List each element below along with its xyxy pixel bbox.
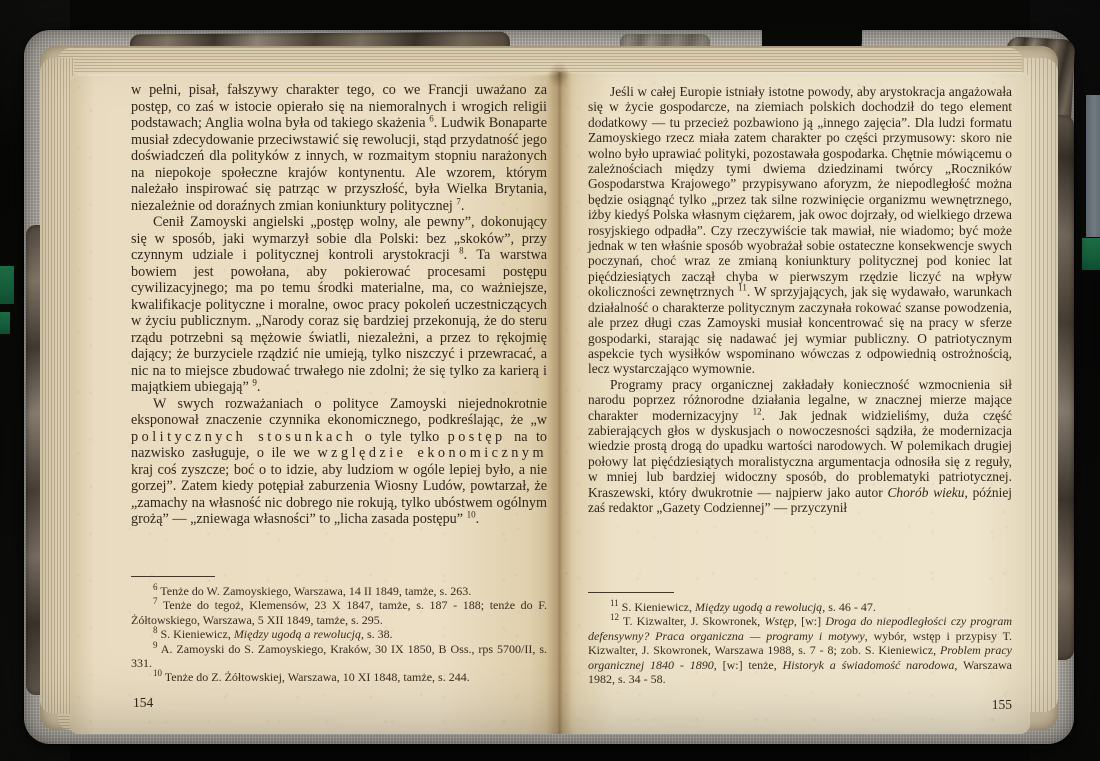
page-edges-left <box>40 58 74 714</box>
text-segment: Jeśli w całej Europie istniały istotne p… <box>588 84 1012 299</box>
text-segment: politycznych stosunkach <box>131 429 356 445</box>
right-page-body-text: Jeśli w całej Europie istniały istotne p… <box>588 84 1012 515</box>
text-segment: , [w:] <box>794 614 825 628</box>
text-segment: . <box>257 379 261 395</box>
text-segment: T. Kizwalter, J. Skowronek, <box>623 614 765 628</box>
blue-gray-accent-right <box>1086 95 1100 237</box>
paragraph: W swych rozważaniach o polityce Zamoyski… <box>131 396 547 528</box>
text-segment: postęp <box>448 429 506 445</box>
text-segment: Między ugodą a rewolucją <box>695 600 822 614</box>
footnote-number: 7 <box>153 596 158 606</box>
footnote-number: 8 <box>153 625 158 635</box>
paragraph: Cenił Zamoyski angielski „postęp wolny, … <box>131 214 547 396</box>
left-page-footnotes: 6 Tenże do W. Zamoyskiego, Warszawa, 14 … <box>131 584 547 685</box>
left-footnote-rule <box>131 576 215 577</box>
paragraph: Programy pracy organicznej zakładały kon… <box>588 377 1012 516</box>
text-segment: Tenże do Z. Żółtowskiej, Warszawa, 10 XI… <box>165 670 470 684</box>
footnote-reference: 12 <box>753 406 762 416</box>
footnote: 12 T. Kizwalter, J. Skowronek, Wstęp, [w… <box>588 614 1012 686</box>
text-segment: , s. 46 - 47. <box>822 600 876 614</box>
book-scan-scene: w pełni, pisał, fałszywy charakter tego,… <box>0 0 1100 761</box>
text-segment: Chorób wieku <box>887 485 964 500</box>
footnote-number: 6 <box>153 582 158 592</box>
footnote: 6 Tenże do W. Zamoyskiego, Warszawa, 14 … <box>131 584 547 598</box>
left-page-body-text: w pełni, pisał, fałszywy charakter tego,… <box>131 82 547 528</box>
footnote: 8 S. Kieniewicz, Między ugodą a rewolucj… <box>131 627 547 641</box>
green-accent-right <box>1082 238 1100 270</box>
footnote-reference: 11 <box>738 283 747 293</box>
text-segment: W swych rozważaniach o polityce Zamoyski… <box>131 396 547 429</box>
right-page-footnotes: 11 S. Kieniewicz, Między ugodą a rewoluc… <box>588 600 1012 686</box>
book-gutter-shadow <box>546 72 572 734</box>
footnote-number: 12 <box>610 612 619 622</box>
left-page-number: 154 <box>133 695 193 711</box>
footnote-number: 9 <box>153 640 158 650</box>
footnote: 11 S. Kieniewicz, Między ugodą a rewoluc… <box>588 600 1012 614</box>
book-gutter-top-shadow <box>548 62 570 88</box>
text-segment: . <box>461 198 465 214</box>
text-segment: , s. 38. <box>361 627 393 641</box>
right-footnote-rule <box>588 592 674 593</box>
text-segment: Wstęp <box>765 614 794 628</box>
footnote: 10 Tenże do Z. Żółtowskiej, Warszawa, 10… <box>131 670 547 684</box>
text-segment: S. Kieniewicz, <box>622 600 695 614</box>
footnote-number: 11 <box>610 598 619 608</box>
text-segment: kraj coś zyszcze; boć o to idzie, aby lu… <box>131 462 547 528</box>
text-segment: Historyk a świadomość narodowa <box>783 658 955 672</box>
paragraph: w pełni, pisał, fałszywy charakter tego,… <box>131 82 547 214</box>
text-segment: S. Kieniewicz, <box>161 627 234 641</box>
text-segment: Tenże do W. Zamoyskiego, Warszawa, 14 II… <box>160 584 471 598</box>
text-segment: . <box>476 511 480 527</box>
text-segment: o tyle tylko <box>356 429 447 445</box>
text-segment: . Ta warstwa bowiem jest powołana, aby p… <box>131 247 547 395</box>
text-segment: , [w:] tenże, <box>714 658 783 672</box>
text-segment: Między ugodą a rewolucją <box>234 627 361 641</box>
paragraph: Jeśli w całej Europie istniały istotne p… <box>588 84 1012 377</box>
green-accent-left-upper <box>0 266 14 304</box>
footnote: 9 A. Zamoyski do S. Zamoyskiego, Kraków,… <box>131 642 547 671</box>
footnote: 7 Tenże do tegoż, Klemensów, 23 X 1847, … <box>131 598 547 627</box>
text-segment: A. Zamoyski do S. Zamoyskiego, Kraków, 3… <box>131 642 547 670</box>
text-segment: względzie ekonomicznym <box>317 445 547 461</box>
footnote-number: 10 <box>153 668 162 678</box>
green-accent-left-lower <box>0 312 10 334</box>
right-page-number: 155 <box>588 697 1012 713</box>
footnote-reference: 10 <box>467 509 476 519</box>
text-segment: Tenże do tegoż, Klemensów, 23 X 1847, ta… <box>131 598 547 626</box>
